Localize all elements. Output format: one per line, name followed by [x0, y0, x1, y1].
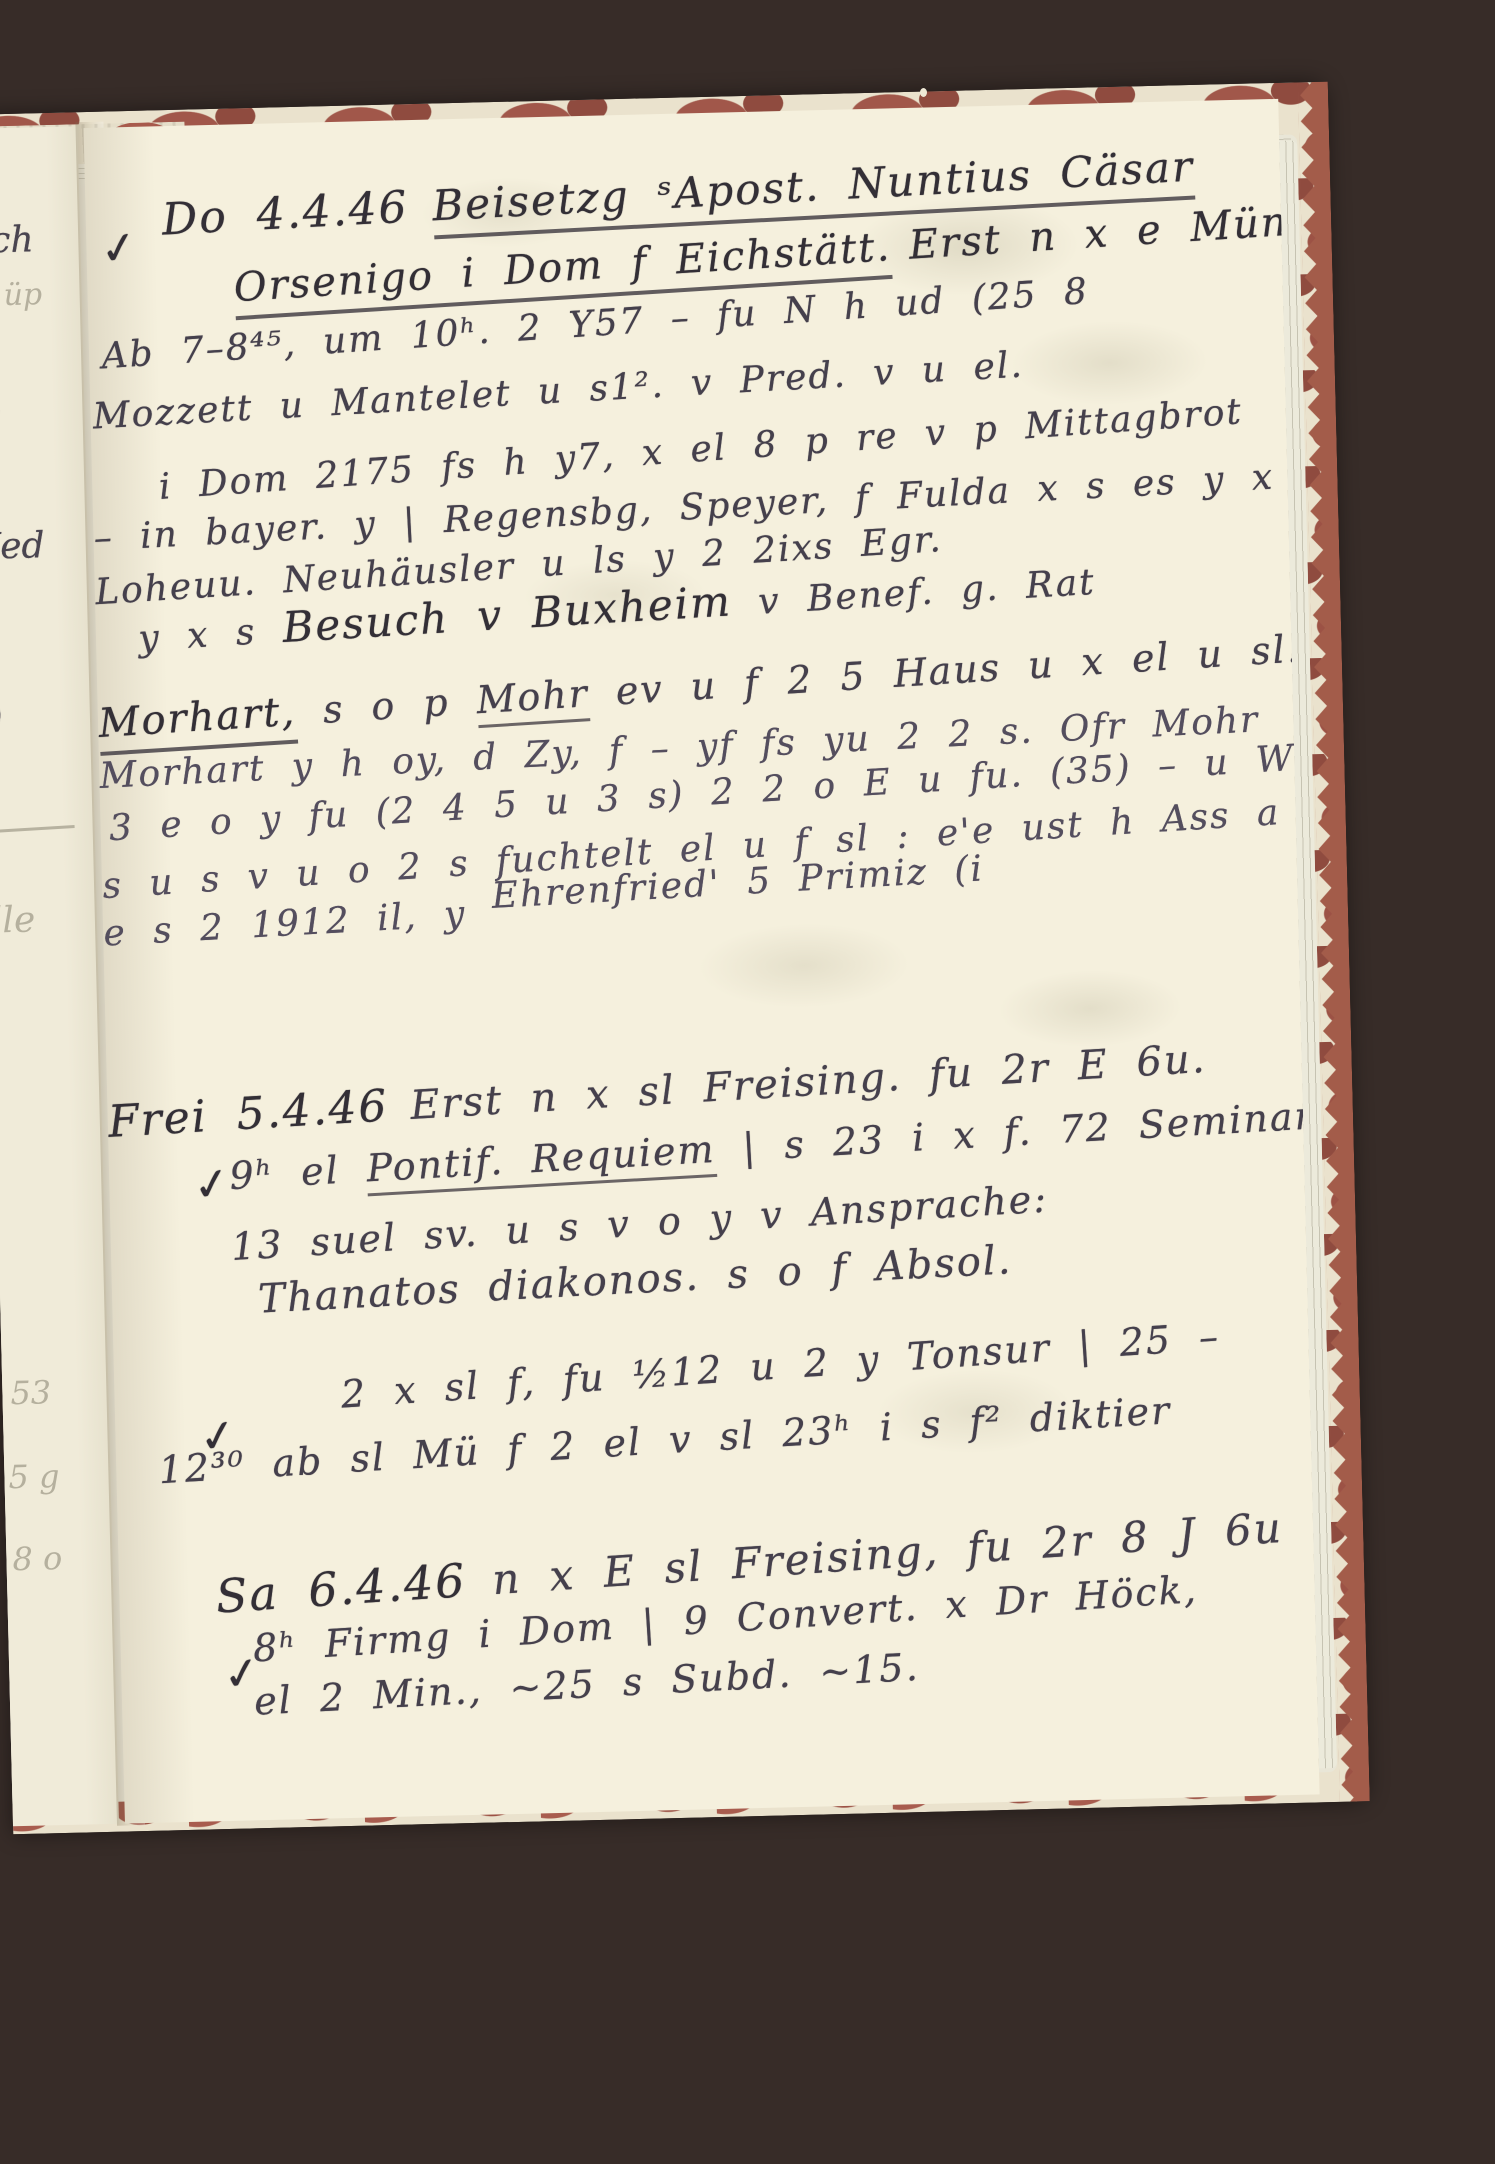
- diary-page: ✓ Do 4.4.46Beisetzg ˢApost. Nuntius Cäsa…: [84, 99, 1320, 1824]
- diary-line: 12³⁰ ab sl Mü f 2 el v sl 23ʰ i s f² dik…: [157, 1388, 1172, 1492]
- left-page-fragment: s: [0, 396, 2, 437]
- diary-book: ch üp s Jed ) lle 53 5 g 8 o ✓ Do 4.4.46…: [0, 82, 1368, 1835]
- left-page-fragment: 5 g: [8, 1457, 60, 1496]
- underlined-name: Mohr: [475, 671, 590, 728]
- entry-date: Sa 6.4.46: [214, 1553, 468, 1624]
- margin-checkmark: ✓: [97, 221, 142, 277]
- line-text: s o p: [294, 678, 477, 733]
- pencil-underline: [0, 825, 75, 833]
- left-page-fragment: üp: [3, 277, 42, 313]
- left-page-fragment: Jed: [0, 525, 45, 567]
- paper-speck: [920, 88, 927, 97]
- left-page-fragment: lle: [0, 899, 36, 941]
- left-page-fragment: 8 o: [12, 1539, 63, 1578]
- entry-date: Do 4.4.46: [161, 182, 410, 246]
- line-text: v Benef. g. Rat: [731, 562, 1097, 625]
- underlined-phrase: Pontif. Requiem: [365, 1127, 716, 1196]
- line-text: y x s: [137, 610, 284, 659]
- left-page-fragment: ): [0, 694, 4, 745]
- entry-date: Frei 5.4.46: [107, 1080, 390, 1148]
- line-text: 12³⁰ ab sl Mü f 2 el v sl 23ʰ i s f² dik…: [157, 1388, 1172, 1492]
- margin-checkmark: ✓: [189, 1157, 234, 1213]
- underlined-name: Morhart,: [97, 689, 298, 756]
- line-text: 9ʰ el: [228, 1146, 368, 1198]
- left-page-fragment: ch: [0, 219, 34, 261]
- left-page-fragment: 53: [10, 1373, 52, 1412]
